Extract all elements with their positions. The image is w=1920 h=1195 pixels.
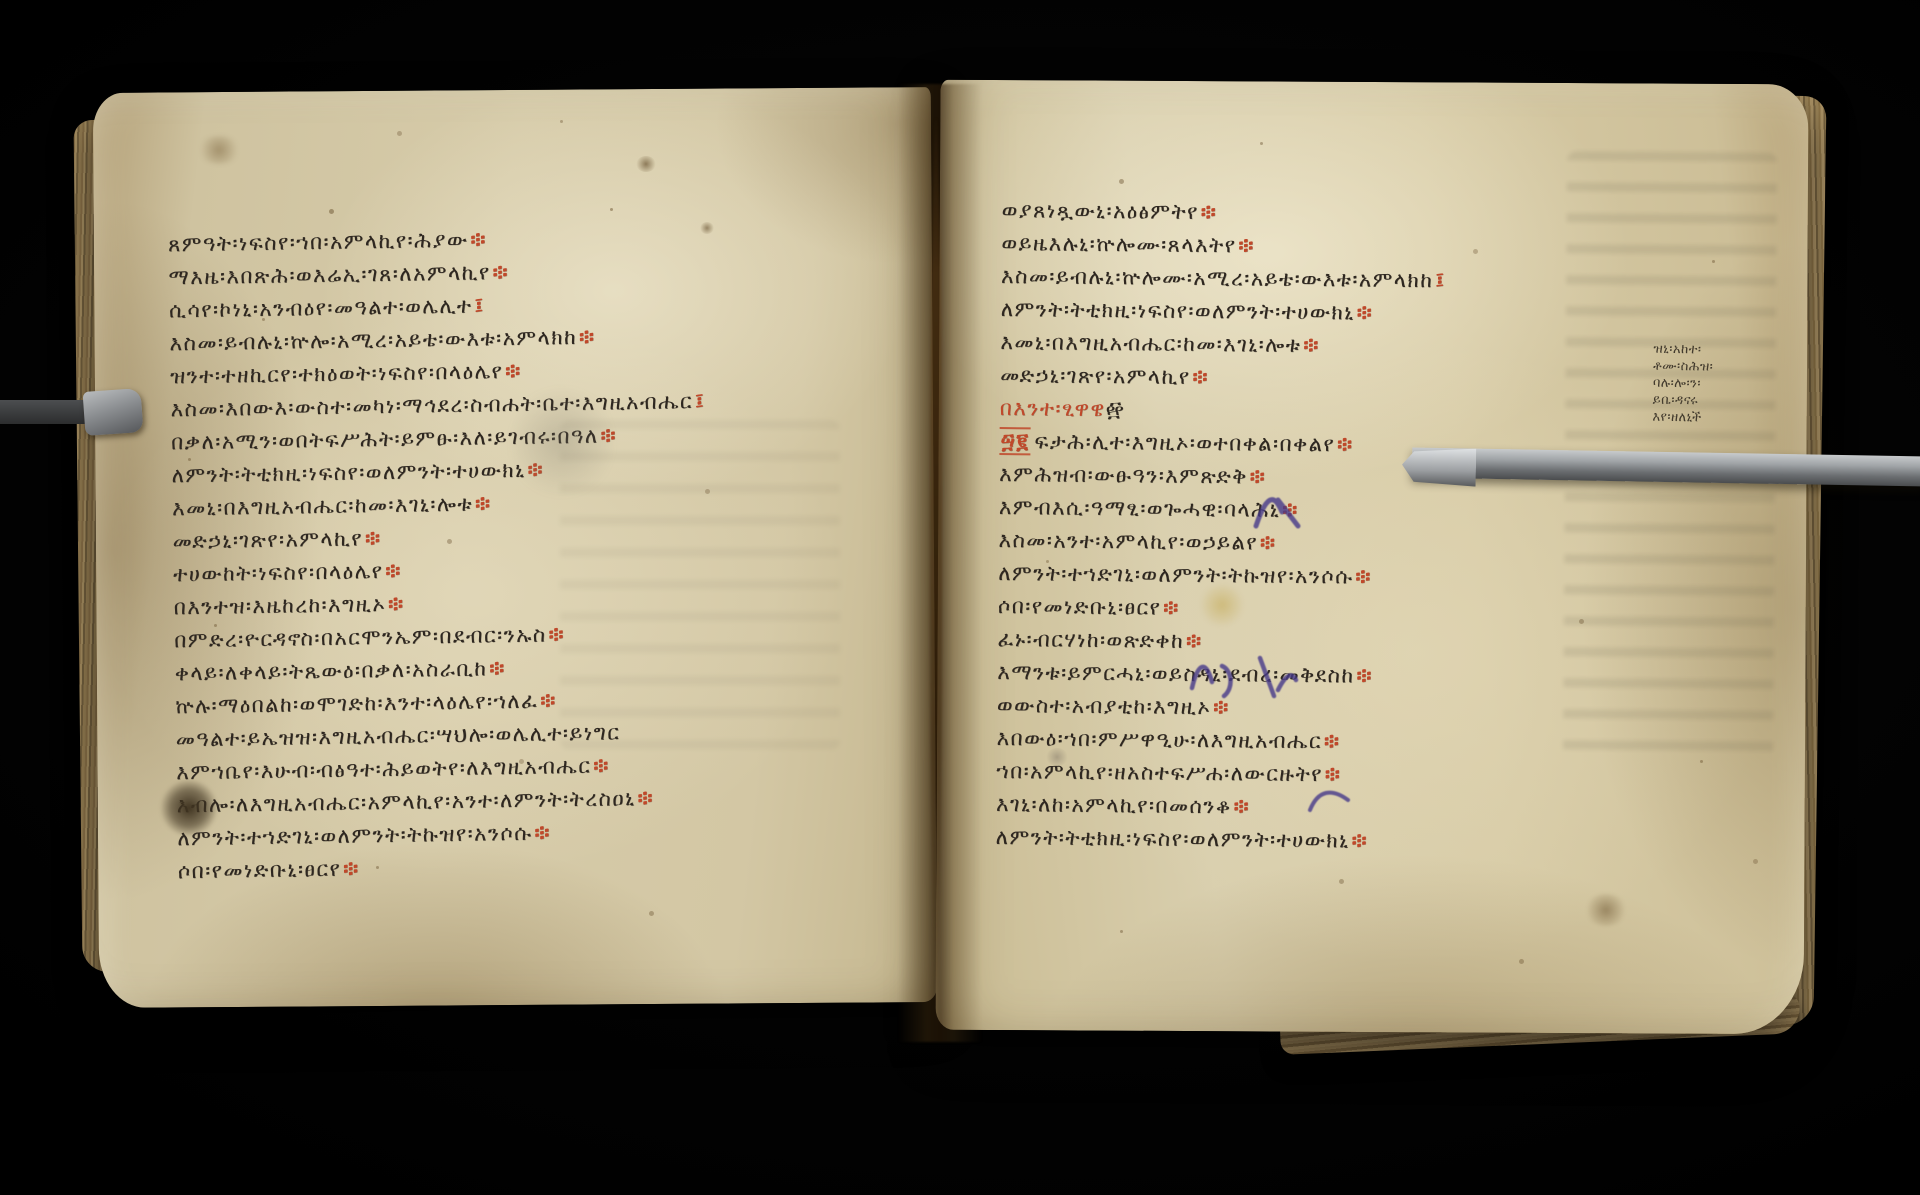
red-cross-punctuation-mark: ፤	[472, 293, 487, 317]
manuscript-line: ሶበ፡የመነድቡኒ፡ፀርየ፨	[998, 590, 1445, 627]
red-cross-punctuation-mark: ፨	[468, 227, 489, 251]
blue-ink-scribble	[1182, 646, 1302, 700]
red-cross-punctuation-mark: ፨	[546, 622, 567, 646]
red-cross-punctuation-mark: ፨	[525, 458, 546, 482]
blue-ink-scribble	[1248, 486, 1306, 532]
red-cross-punctuation-mark: ፤	[1433, 268, 1447, 292]
manuscript-line: እምብእሲ፡ዓማፂ፡ወጐሓዊ፡ባላሕኒ፨	[999, 491, 1446, 528]
red-cross-punctuation-mark: ፨	[635, 786, 656, 810]
red-cross-punctuation-mark: ፨	[598, 423, 619, 447]
manuscript-line: እምሕዝብ፡ውፁዓን፡እምጽድቅ፨	[999, 458, 1446, 495]
book-cradle-rod-left	[0, 400, 94, 424]
red-cross-punctuation-mark: ፨	[532, 820, 553, 844]
red-cross-punctuation-mark: ፨	[386, 592, 407, 616]
manuscript-line: እስመ፡አንተ፡አምላኪየ፡ወኃይልየ፨	[998, 524, 1445, 561]
red-cross-punctuation-mark: ፨	[1199, 200, 1219, 224]
marginal-note-line: እየ፡ዘለኒች	[1652, 409, 1802, 428]
manuscript-line: እገኒ፡ለከ፡አምላኪየ፡በመሰንቆ፨	[996, 788, 1443, 825]
marginal-gloss-note: ዝኒ፡አከተ፡ቶሙ፡ስሕዝ፡ባሉ፡ሎ፡ን፡ይቤ፡ዳናሩእየ፡ዘለኒች	[1652, 341, 1803, 428]
right-page-text-block: ወያጸነጿውኒ፡አዕፅምትየ፨ወይዜእሉኒ፡ኵሎሙ፡ጸላእትየ፨እስመ፡ይብሉኒ…	[996, 194, 1449, 858]
red-cross-punctuation-mark: ፨	[1190, 365, 1210, 389]
red-cross-punctuation-mark: ፨	[591, 754, 612, 778]
red-cross-punctuation-mark: ፨	[1301, 333, 1321, 357]
blue-ink-scribble	[1304, 782, 1354, 818]
psalm-number-red: ፵፪	[999, 427, 1030, 455]
manuscript-line: መድኃኒ፡ገጽየ፡አምላኪየ፨	[1000, 359, 1447, 396]
red-cross-punctuation-mark: ፨	[1258, 531, 1278, 555]
red-cross-punctuation-mark: ፨	[363, 526, 384, 550]
red-cross-punctuation-mark: ፨	[1248, 464, 1268, 488]
manuscript-page-left: ጸምዓት፡ነፍስየ፡ኀበ፡አምላኪየ፡ሕያው፨ማእዜ፡እበጽሕ፡ወእሬኢ፡ገጸ፡…	[93, 87, 937, 1008]
photo-background: ጸምዓት፡ነፍስየ፡ኀበ፡አምላኪየ፡ሕያው፨ማእዜ፡እበጽሕ፡ወእሬኢ፡ገጸ፡…	[0, 0, 1920, 1195]
red-cross-punctuation-mark: ፨	[1354, 663, 1374, 687]
manuscript-line: በእንተ፡ፂዋዌ፼	[1000, 392, 1447, 429]
red-cross-punctuation-mark: ፨	[1355, 300, 1375, 324]
red-cross-punctuation-mark: ፨	[538, 688, 559, 712]
manuscript-line: እስመ፡ይብሉኒ፡ኵሎሙ፡አሚረ፡አይቴ፡ውእቱ፡አምላክከ፤	[1001, 260, 1448, 297]
manuscript-line: ፵፪ፍታሕ፡ሊተ፡እግዚኦ፡ወተበቀል፡በቀልየ፨	[999, 425, 1446, 462]
left-page-text-block: ጸምዓት፡ነፍስየ፡ኀበ፡አምላኪየ፡ሕያው፨ማእዜ፡እበጽሕ፡ወእሬኢ፡ገጸ፡…	[168, 220, 715, 888]
red-cross-punctuation-mark: ፨	[1350, 828, 1370, 852]
red-cross-punctuation-mark: ፨	[1353, 564, 1373, 588]
manuscript-line: ወያጸነጿውኒ፡አዕፅምትየ፨	[1002, 194, 1449, 231]
red-cross-punctuation-mark: ፨	[473, 491, 494, 515]
red-cross-punctuation-mark: ፨	[383, 559, 404, 583]
parchment-freckles-left	[0, 0, 3, 3]
red-cross-punctuation-mark: ፨	[1335, 432, 1355, 456]
manuscript-line: ለምንት፡ትቲክዚ፡ነፍስየ፡ወለምንት፡ተሀውክኒ፨	[996, 821, 1443, 858]
manuscript-line: ለምንት፡ትቲክዚ፡ነፍስየ፡ወለምንት፡ተሀውክኒ፨	[1001, 293, 1448, 330]
book-cradle-clamp-left	[83, 388, 144, 436]
manuscript-line: ሶበ፡የመነድቡኒ፡ፀርየ፨	[178, 847, 715, 888]
red-cross-punctuation-mark: ፨	[487, 656, 508, 680]
red-cross-punctuation-mark: ፨	[1161, 596, 1181, 620]
red-cross-punctuation-mark: ፨	[1232, 794, 1252, 818]
manuscript-line: ኀበ፡አምላኪየ፡ዘአስተፍሥሐ፡ለውርዙትየ፨	[996, 755, 1443, 792]
parchment-freckles-right	[0, 0, 3, 3]
manuscript-line: ለምንት፡ተኀድገኒ፡ወለምንት፡ትኩዝየ፡አንሶሱ፨	[998, 557, 1445, 594]
red-cross-punctuation-mark: ፨	[1236, 233, 1256, 257]
manuscript-line: ወይዜእሉኒ፡ኵሎሙ፡ጸላእትየ፨	[1001, 227, 1448, 264]
red-cross-punctuation-mark: ፨	[341, 856, 362, 880]
manuscript-page-right: ወያጸነጿውኒ፡አዕፅምትየ፨ወይዜእሉኒ፡ኵሎሙ፡ጸላእትየ፨እስመ፡ይብሉኒ…	[936, 80, 1809, 1035]
red-cross-punctuation-mark: ፨	[577, 325, 598, 349]
red-cross-punctuation-mark: ፨	[503, 359, 524, 383]
red-cross-punctuation-mark: ፨	[490, 260, 511, 284]
red-cross-punctuation-mark: ፨	[1322, 729, 1342, 753]
black-ornament-mark: ፼	[1106, 397, 1126, 421]
red-cross-punctuation-mark: ፤	[693, 389, 708, 413]
manuscript-line: እመኒ፡በእግዚአብሔር፡ከመ፡እገኒ፡ሎቱ፨	[1000, 326, 1447, 363]
manuscript-line: እበውዕ፡ኀበ፡ምሥዋዒሁ፡ለእግዚአብሔር፨	[997, 722, 1444, 759]
